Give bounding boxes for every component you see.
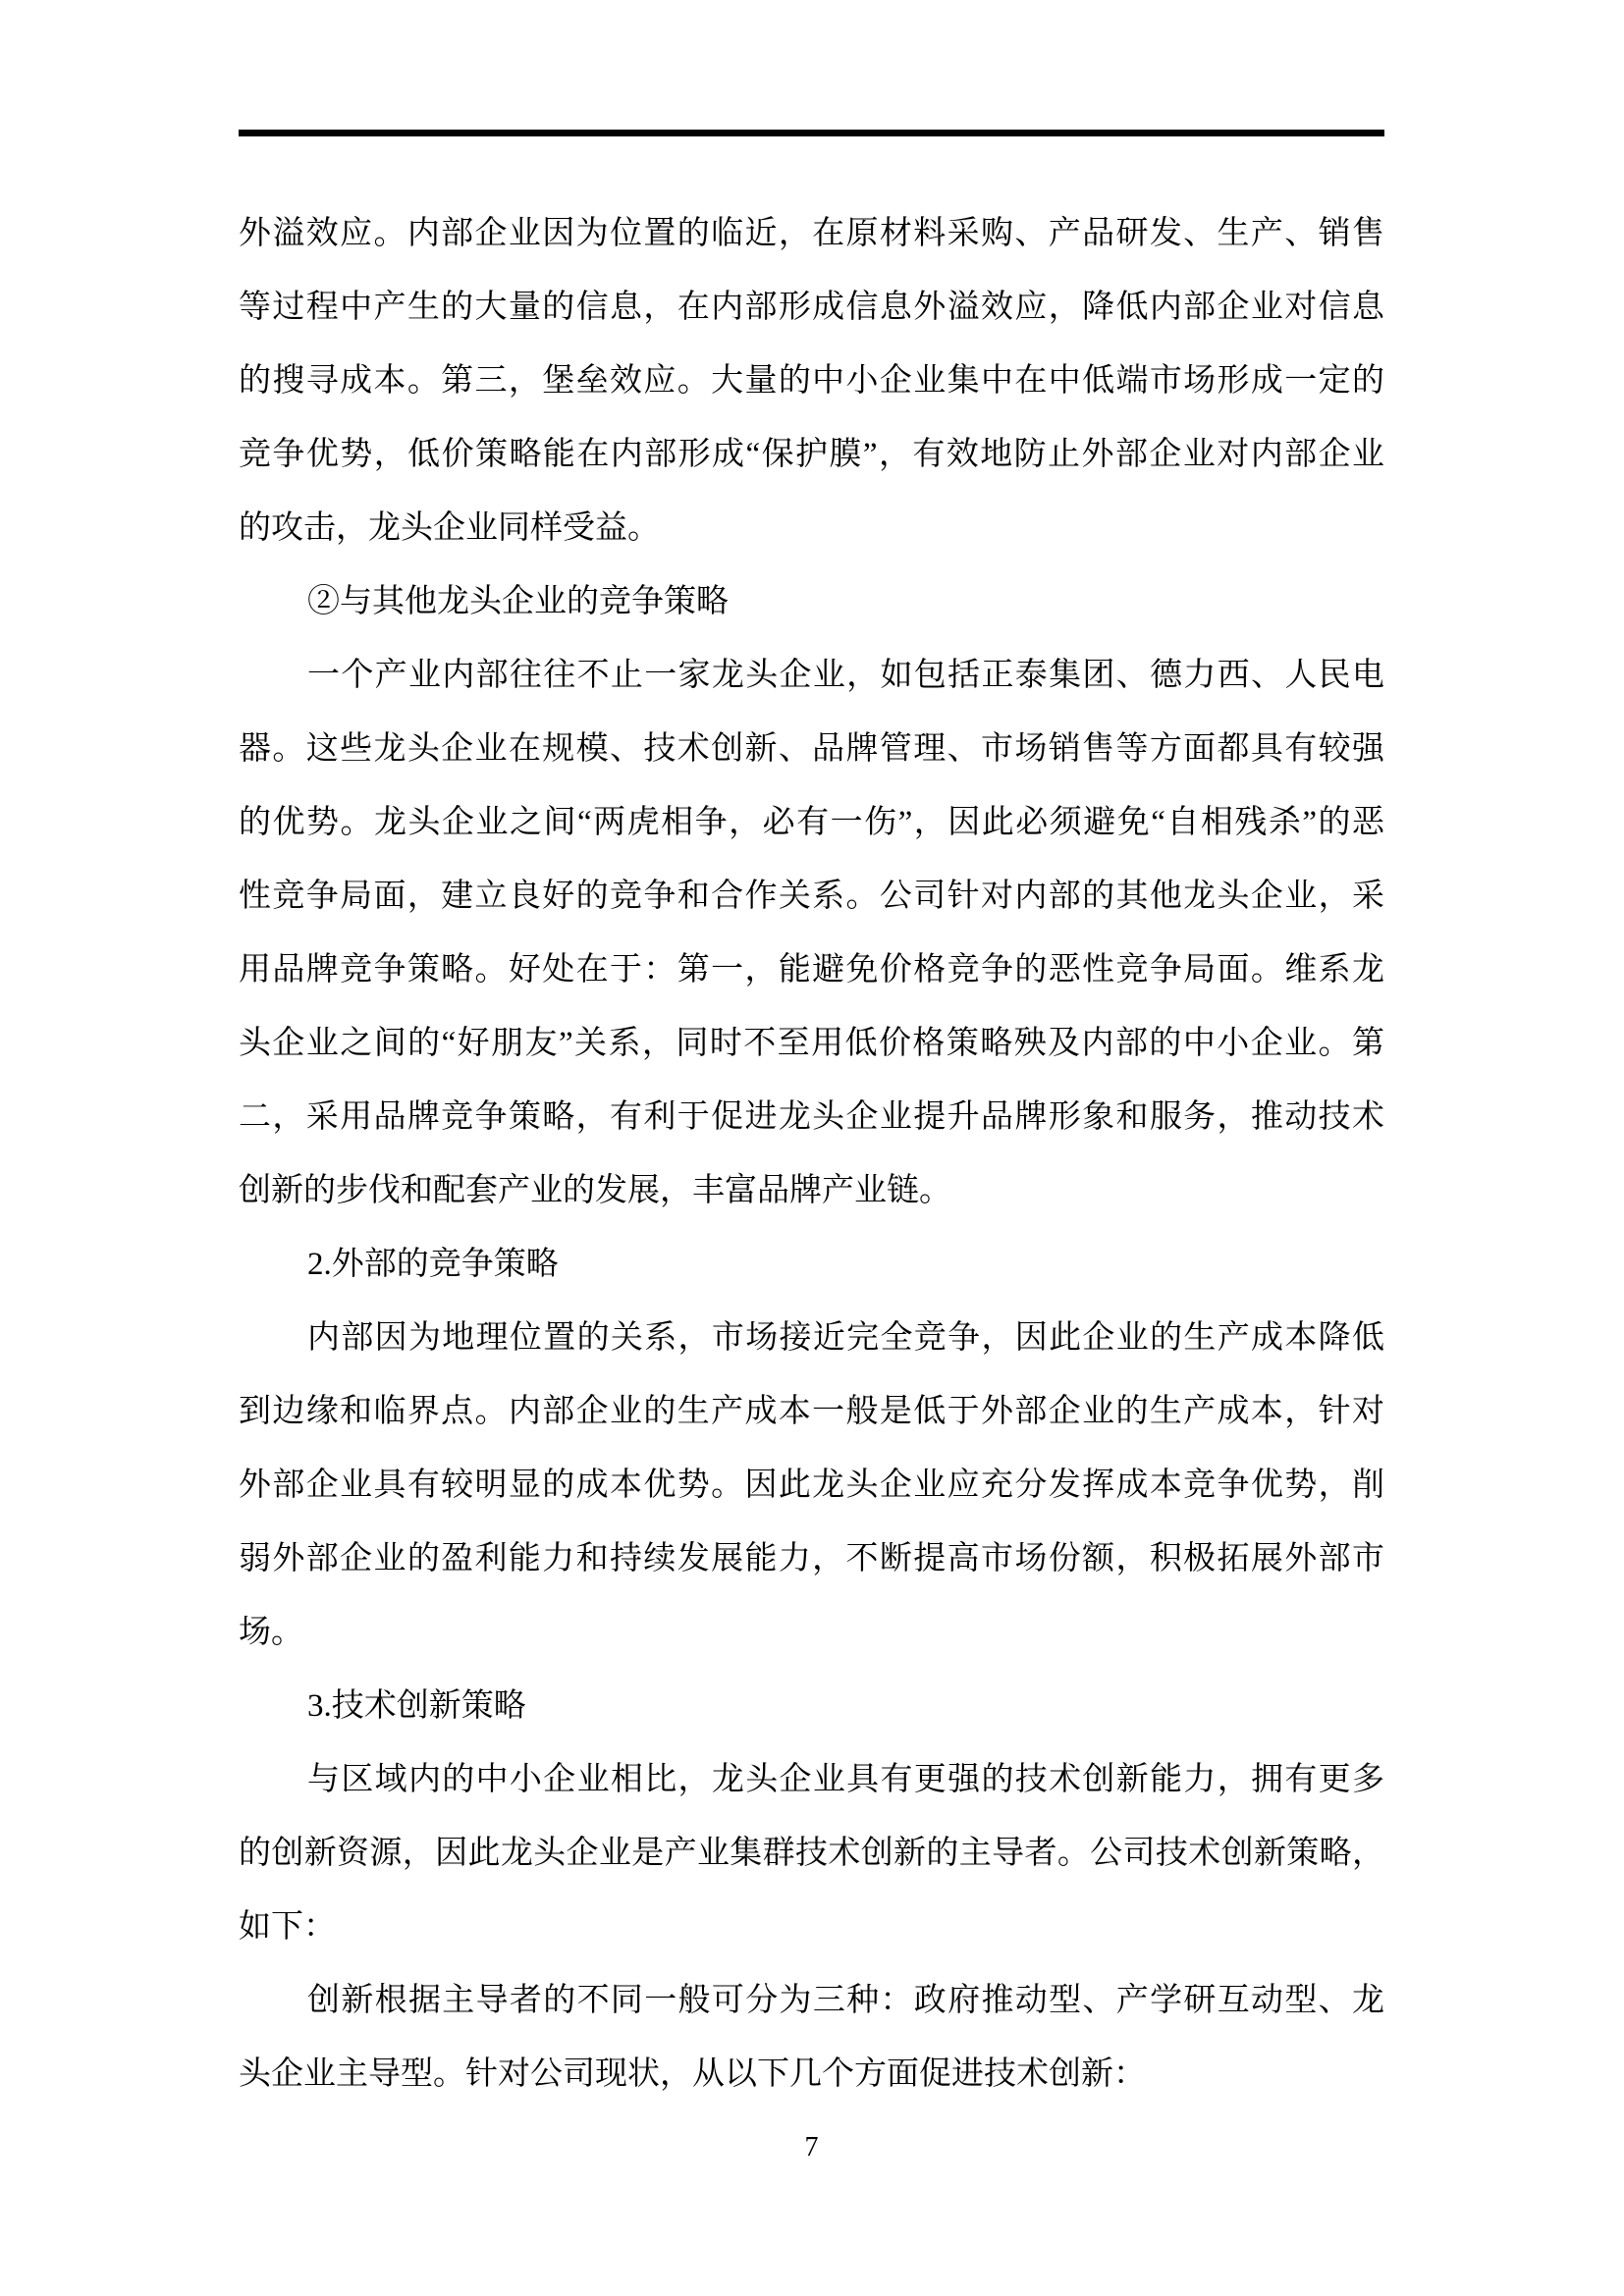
page-number: 7 bbox=[805, 2132, 819, 2163]
text-line: 头企业主导型。针对公司现状，从以下几个方面促进技术创新： bbox=[239, 2038, 1384, 2111]
text-line: 如下： bbox=[239, 1891, 1384, 1964]
text-line: 的攻击，龙头企业同样受益。 bbox=[239, 492, 1384, 565]
text-line: 与区域内的中小企业相比，龙头企业具有更强的技术创新能力，拥有更多 bbox=[239, 1743, 1384, 1817]
text-line: ②与其他龙头企业的竞争策略 bbox=[239, 565, 1384, 639]
text-line: 到边缘和临界点。内部企业的生产成本一般是低于外部企业的生产成本，针对 bbox=[239, 1375, 1384, 1449]
text-line: 竞争优势，低价策略能在内部形成“保护膜”，有效地防止外部企业对内部企业 bbox=[239, 418, 1384, 492]
text-line: 场。 bbox=[239, 1596, 1384, 1670]
text-line: 的搜寻成本。第三，堡垒效应。大量的中小企业集中在中低端市场形成一定的 bbox=[239, 345, 1384, 418]
text-line: 外部企业具有较明显的成本优势。因此龙头企业应充分发挥成本竞争优势，削 bbox=[239, 1449, 1384, 1522]
text-line: 外溢效应。内部企业因为位置的临近，在原材料采购、产品研发、生产、销售 bbox=[239, 197, 1384, 271]
text-line: 头企业之间的“好朋友”关系，同时不至用低价格策略殃及内部的中小企业。第 bbox=[239, 1007, 1384, 1081]
text-line: 一个产业内部往往不止一家龙头企业，如包括正泰集团、德力西、人民电 bbox=[239, 639, 1384, 713]
text-line: 创新根据主导者的不同一般可分为三种：政府推动型、产学研互动型、龙 bbox=[239, 1964, 1384, 2038]
text-line: 内部因为地理位置的关系，市场接近完全竞争，因此企业的生产成本降低 bbox=[239, 1302, 1384, 1375]
text-line: 等过程中产生的大量的信息，在内部形成信息外溢效应，降低内部企业对信息 bbox=[239, 271, 1384, 345]
text-line: 3.技术创新策略 bbox=[239, 1670, 1384, 1743]
page-footer: 7 bbox=[239, 2130, 1384, 2165]
text-line: 弱外部企业的盈利能力和持续发展能力，不断提高市场份额，积极拓展外部市 bbox=[239, 1522, 1384, 1596]
document-page: 外溢效应。内部企业因为位置的临近，在原材料采购、产品研发、生产、销售等过程中产生… bbox=[0, 0, 1624, 2296]
text-line: 性竞争局面，建立良好的竞争和合作关系。公司针对内部的其他龙头企业，采 bbox=[239, 860, 1384, 934]
text-line: 的创新资源，因此龙头企业是产业集群技术创新的主导者。公司技术创新策略， bbox=[239, 1817, 1384, 1891]
text-line: 创新的步伐和配套产业的发展，丰富品牌产业链。 bbox=[239, 1154, 1384, 1228]
text-line: 器。这些龙头企业在规模、技术创新、品牌管理、市场销售等方面都具有较强 bbox=[239, 713, 1384, 786]
text-line: 二，采用品牌竞争策略，有利于促进龙头企业提升品牌形象和服务，推动技术 bbox=[239, 1081, 1384, 1154]
text-line: 用品牌竞争策略。好处在于：第一，能避免价格竞争的恶性竞争局面。维系龙 bbox=[239, 934, 1384, 1007]
header-rule bbox=[239, 130, 1384, 136]
text-lines: 外溢效应。内部企业因为位置的临近，在原材料采购、产品研发、生产、销售等过程中产生… bbox=[239, 197, 1384, 2111]
text-line: 的优势。龙头企业之间“两虎相争，必有一伤”，因此必须避免“自相残杀”的恶 bbox=[239, 786, 1384, 860]
text-line: 2.外部的竞争策略 bbox=[239, 1228, 1384, 1302]
